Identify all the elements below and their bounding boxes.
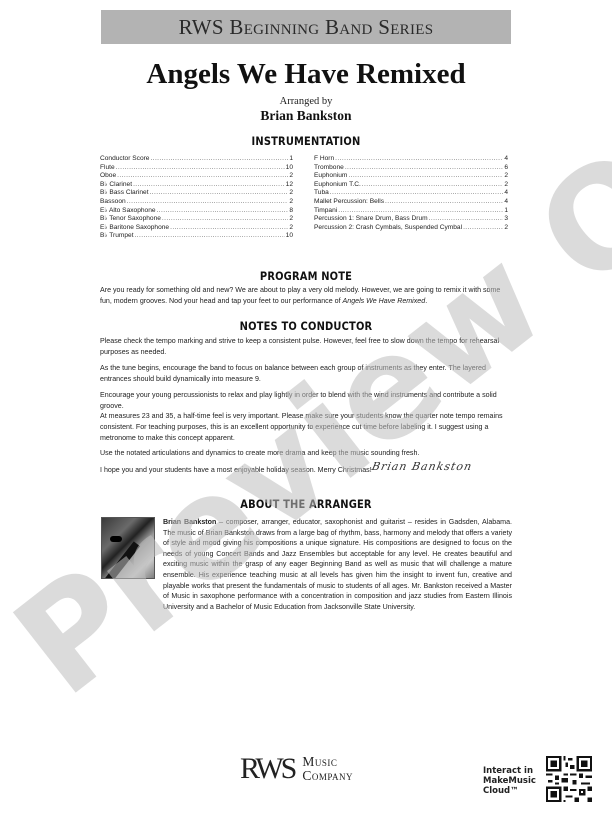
instrument-row: Mallet Percussion: Bells4 xyxy=(314,198,508,207)
instrument-name: F Horn xyxy=(314,155,334,164)
conductor-note-2: As the tune begins, encourage the band t… xyxy=(100,363,512,385)
instrument-quantity: 2 xyxy=(504,224,508,233)
publisher-logo: RWS Music Company xyxy=(240,752,353,786)
instrument-row: B♭ Bass Clarinet2 xyxy=(100,189,293,198)
dot-leader xyxy=(117,172,288,181)
instrument-quantity: 8 xyxy=(289,207,293,216)
instrument-name: Tuba xyxy=(314,189,329,198)
dot-leader xyxy=(429,215,504,224)
program-note-heading: PROGRAM NOTE xyxy=(43,269,569,283)
dot-leader xyxy=(170,224,288,233)
instrument-name: B♭ Tenor Saxophone xyxy=(100,215,161,224)
instrumentation-heading: INSTRUMENTATION xyxy=(43,134,569,148)
instrument-row: B♭ Tenor Saxophone2 xyxy=(100,215,293,224)
guitar-strap xyxy=(101,541,140,579)
instrument-row: Conductor Score1 xyxy=(100,155,293,164)
dot-leader xyxy=(362,181,504,190)
dot-leader xyxy=(157,207,289,216)
instrument-row: Flute10 xyxy=(100,164,293,173)
instrument-quantity: 2 xyxy=(504,181,508,190)
instrument-row: Tuba4 xyxy=(314,189,508,198)
instrument-name: B♭ Bass Clarinet xyxy=(100,189,149,198)
instrument-quantity: 2 xyxy=(289,215,293,224)
arranged-by-label: Arranged by xyxy=(0,96,612,107)
arranger-signature: Brian Bankston xyxy=(371,460,474,473)
rws-logo-mark: RWS xyxy=(240,752,294,786)
program-note-text: Are you ready for something old and new?… xyxy=(100,285,512,307)
dot-leader xyxy=(150,155,288,164)
dot-leader xyxy=(150,189,289,198)
instrument-name: B♭ Trumpet xyxy=(100,232,134,241)
publisher-name: Music Company xyxy=(302,755,353,783)
dot-leader xyxy=(127,198,289,207)
instrument-quantity: 4 xyxy=(504,155,508,164)
instrument-row: B♭ Trumpet10 xyxy=(100,232,293,241)
instrument-row: E♭ Alto Saxophone8 xyxy=(100,207,293,216)
instrument-quantity: 1 xyxy=(504,207,508,216)
qr-code-icon[interactable] xyxy=(546,756,592,802)
instrument-quantity: 2 xyxy=(289,224,293,233)
about-arranger-heading: ABOUT THE ARRANGER xyxy=(43,497,569,511)
instrument-quantity: 12 xyxy=(286,181,293,190)
instrument-row: F Horn4 xyxy=(314,155,508,164)
notes-to-conductor-heading: NOTES TO CONDUCTOR xyxy=(43,319,569,333)
arranger-name: Brian Bankston xyxy=(0,108,612,124)
instrument-name: Euphonium T.C. xyxy=(314,181,361,190)
instrument-quantity: 1 xyxy=(289,155,293,164)
dot-leader xyxy=(162,215,288,224)
instrument-name: Oboe xyxy=(100,172,116,181)
instrument-name: Bassoon xyxy=(100,198,126,207)
instrument-quantity: 4 xyxy=(504,198,508,207)
instrument-quantity: 10 xyxy=(286,232,293,241)
instrument-quantity: 2 xyxy=(289,189,293,198)
instrument-quantity: 2 xyxy=(289,198,293,207)
piece-title-reference: Angels We Have Remixed xyxy=(343,297,426,305)
instrument-row: Percussion 1: Snare Drum, Bass Drum3 xyxy=(314,215,508,224)
sunglasses xyxy=(110,536,122,542)
series-title: RWS Beginning Band Series xyxy=(179,15,434,40)
conductor-note-1: Please check the tempo marking and striv… xyxy=(100,336,512,358)
instrument-name: Mallet Percussion: Bells xyxy=(314,198,384,207)
arranger-photo xyxy=(101,517,155,579)
instrument-row: Percussion 2: Crash Cymbals, Suspended C… xyxy=(314,224,508,233)
instrument-row: Oboe2 xyxy=(100,172,293,181)
dot-leader xyxy=(345,164,504,173)
instrument-name: Percussion 1: Snare Drum, Bass Drum xyxy=(314,215,428,224)
instrument-quantity: 3 xyxy=(504,215,508,224)
arranger-bio: Brian Bankston – composer, arranger, edu… xyxy=(163,517,512,612)
dot-leader xyxy=(133,181,285,190)
dot-leader xyxy=(135,232,285,241)
instrument-quantity: 2 xyxy=(289,172,293,181)
instrument-name: Conductor Score xyxy=(100,155,149,164)
instrument-row: Euphonium T.C.2 xyxy=(314,181,508,190)
instrument-name: Flute xyxy=(100,164,115,173)
instrument-row: Euphonium2 xyxy=(314,172,508,181)
instrument-quantity: 6 xyxy=(504,164,508,173)
conductor-note-4: At measures 23 and 35, a half-time feel … xyxy=(100,411,512,443)
instrument-quantity: 2 xyxy=(504,172,508,181)
instrument-name: E♭ Alto Saxophone xyxy=(100,207,156,216)
dot-leader xyxy=(348,172,503,181)
dot-leader xyxy=(116,164,285,173)
dot-leader xyxy=(385,198,503,207)
instrumentation-list-right: F Horn4Trombone6Euphonium2Euphonium T.C.… xyxy=(314,155,508,232)
instrumentation-list-left: Conductor Score1Flute10Oboe2B♭ Clarinet1… xyxy=(100,155,293,241)
makemusic-cloud-label: Interact in MakeMusic Cloud™ xyxy=(483,766,536,796)
dot-leader xyxy=(338,207,503,216)
instrument-row: Timpani1 xyxy=(314,207,508,216)
dot-leader xyxy=(463,224,503,233)
instrument-row: Trombone6 xyxy=(314,164,508,173)
series-banner: RWS Beginning Band Series xyxy=(101,10,511,44)
instrument-name: Euphonium xyxy=(314,172,347,181)
conductor-note-5: Use the notated articulations and dynami… xyxy=(100,448,512,459)
dot-leader xyxy=(335,155,503,164)
instrument-name: Trombone xyxy=(314,164,344,173)
instrument-name: Timpani xyxy=(314,207,337,216)
piece-title: Angels We Have Remixed xyxy=(0,58,612,91)
instrument-row: Bassoon2 xyxy=(100,198,293,207)
conductor-note-3: Encourage your young percussionists to r… xyxy=(100,390,512,412)
instrument-quantity: 4 xyxy=(504,189,508,198)
instrument-quantity: 10 xyxy=(286,164,293,173)
instrument-name: Percussion 2: Crash Cymbals, Suspended C… xyxy=(314,224,462,233)
bio-name: Brian Bankston xyxy=(163,518,216,526)
dot-leader xyxy=(330,189,504,198)
